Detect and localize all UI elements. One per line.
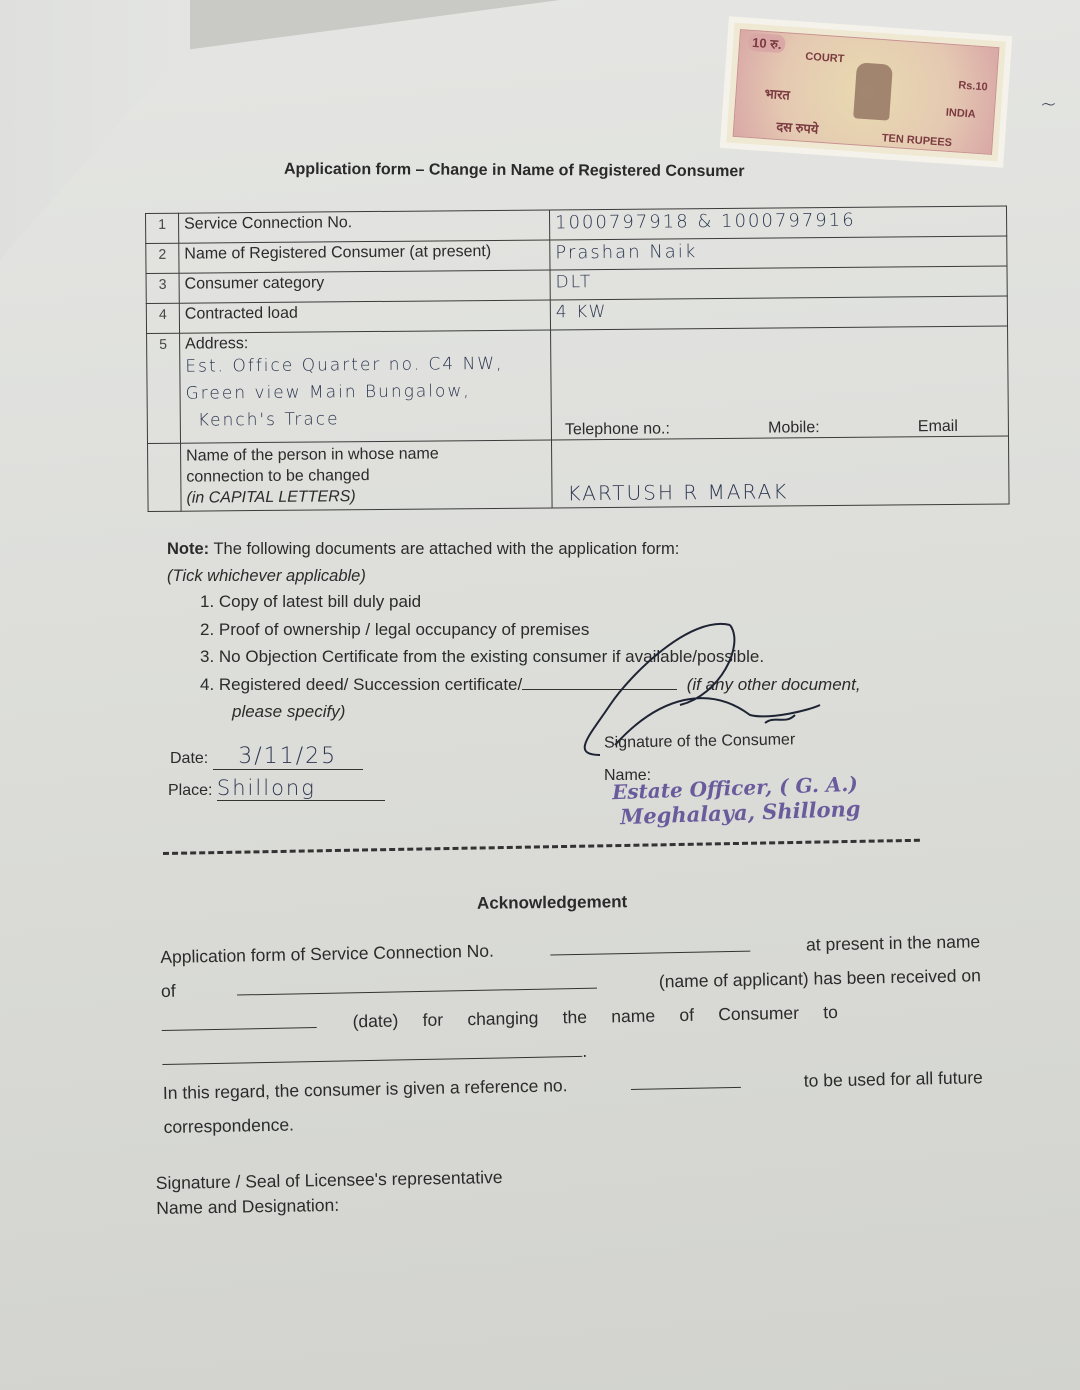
- court-fee-stamp: 10 रु. COURT भारत Rs.10 INDIA दस रुपये T…: [726, 23, 1006, 162]
- row-number: 1: [146, 213, 179, 243]
- stamp-rs: Rs.10: [958, 79, 988, 93]
- service-connection-field[interactable]: 1000797918 & 1000797916: [549, 206, 1006, 240]
- emblem-icon: [853, 62, 893, 120]
- row-label: Consumer category: [179, 270, 550, 303]
- ack-new-consumer-blank[interactable]: [162, 1056, 582, 1065]
- place-field[interactable]: Shillong: [217, 776, 385, 801]
- ack-text: to be used for all future: [803, 1060, 983, 1097]
- table-row: 5 Address: Est. Office Quarter no. C4 NW…: [147, 326, 1009, 444]
- table-row: Name of the person in whose name connect…: [148, 436, 1010, 512]
- stamp-words: TEN RUPEES: [881, 132, 952, 149]
- ack-text: of: [161, 974, 176, 1008]
- row-number: 4: [146, 303, 179, 333]
- new-consumer-name-field[interactable]: KARTUSH R MARAK: [551, 436, 1009, 508]
- licensee-signature-block: Signature / Seal of Licensee's represent…: [156, 1165, 504, 1221]
- margin-mark: ~: [1040, 92, 1059, 116]
- stamp-india: INDIA: [945, 107, 976, 121]
- note-section: Note: The following documents are attach…: [167, 536, 679, 590]
- ack-date-blank[interactable]: [162, 1027, 317, 1031]
- note-text: The following documents are attached wit…: [209, 540, 679, 558]
- stamp-value: 10 रु.: [748, 33, 787, 54]
- application-table: 1 Service Connection No. 1000797918 & 10…: [145, 205, 1010, 512]
- address-line: Est. Office Quarter no. C4 NW,: [185, 351, 545, 381]
- row-number: 3: [146, 273, 179, 303]
- address-field[interactable]: Est. Office Quarter no. C4 NW, Green vie…: [185, 351, 546, 435]
- address-line: Kench's Trace: [186, 405, 546, 435]
- row-number: [148, 443, 182, 511]
- acknowledgement-body: Application form of Service Connection N…: [160, 924, 984, 1144]
- document-item[interactable]: 1. Copy of latest bill duly paid: [200, 588, 861, 616]
- date-field[interactable]: 3/11/25: [213, 744, 363, 770]
- place-row: Place: Shillong: [168, 776, 385, 801]
- stamp-hindi-words: दस रुपये: [776, 117, 819, 138]
- consumer-category-field[interactable]: DLT: [550, 266, 1007, 300]
- ack-service-no-blank[interactable]: [550, 951, 750, 956]
- ack-name-blank[interactable]: [237, 988, 597, 996]
- contracted-load-field[interactable]: 4 KW: [550, 296, 1007, 330]
- stamp-bharat: भारत: [764, 84, 790, 104]
- row-label: (in CAPITAL LETTERS): [186, 485, 546, 509]
- address-line: Green view Main Bungalow,: [185, 378, 545, 408]
- note-subtext: (Tick whichever applicable): [167, 563, 679, 590]
- place-label: Place:: [168, 782, 212, 799]
- document-item[interactable]: 4. Registered deed/ Succession certifica…: [200, 675, 522, 694]
- mobile-label: Mobile:: [768, 419, 820, 437]
- ack-reference-blank[interactable]: [631, 1087, 741, 1090]
- ack-text: at present in the name: [806, 924, 981, 961]
- telephone-label: Telephone no.:: [565, 420, 670, 439]
- date-label: Date:: [170, 750, 208, 767]
- row-label: Name of Registered Consumer (at present): [179, 240, 550, 273]
- ack-text: Application form of Service Connection N…: [160, 934, 494, 974]
- row-label: Service Connection No.: [179, 210, 550, 243]
- registered-consumer-field[interactable]: Prashan Naik: [550, 236, 1007, 270]
- row-number: 5: [147, 333, 181, 443]
- date-row: Date: 3/11/25: [170, 744, 363, 770]
- acknowledgement-heading: Acknowledgement: [477, 892, 627, 914]
- stamp-court: COURT: [805, 51, 845, 66]
- email-label: Email: [918, 418, 958, 436]
- row-label: Contracted load: [179, 300, 550, 333]
- row-number: 2: [146, 243, 179, 273]
- signature-label: Signature of the Consumer: [604, 731, 796, 752]
- form-title: Application form – Change in Name of Reg…: [284, 161, 745, 181]
- note-label: Note:: [167, 540, 209, 558]
